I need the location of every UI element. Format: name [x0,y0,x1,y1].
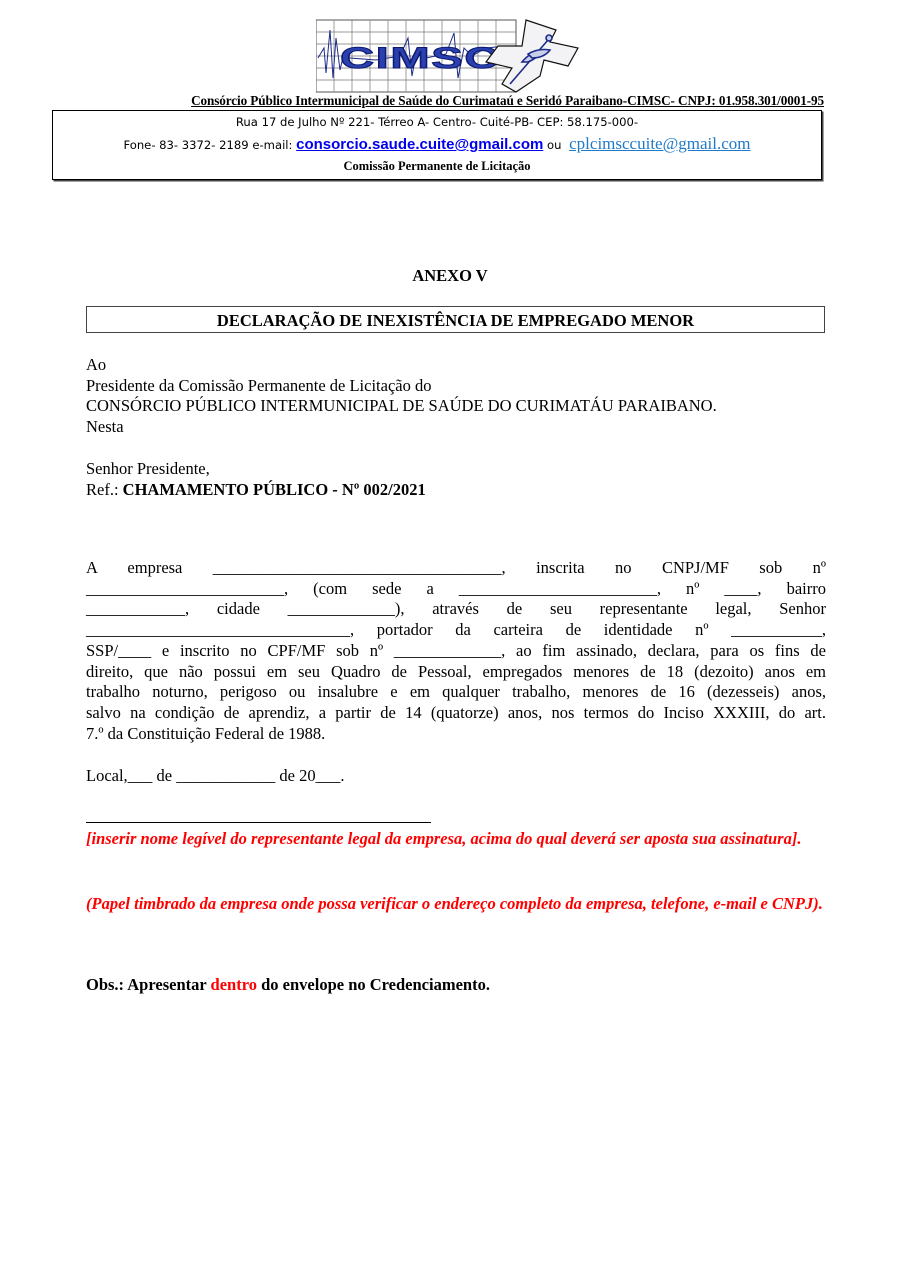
address-line: Rua 17 de Julho Nº 221- Térreo A- Centro… [53,115,821,129]
signature-line [86,822,431,823]
phone-email-line: Fone- 83- 3372- 2189 e-mail: consorcio.s… [53,134,821,154]
paragraph-line: SSP/____ e inscrito no CPF/MF sob nº ___… [86,641,826,662]
addressee-line: Nesta [86,417,826,438]
signature-instruction: [inserir nome legível do representante l… [86,829,826,850]
email-link-secondary[interactable]: cplcimsccuite@gmail.com [569,134,750,153]
phone-label: Fone- 83- 3372- 2189 e-mail: [123,138,296,152]
addressee-line: Presidente da Comissão Permanente de Lic… [86,376,826,397]
paragraph-line: ________________________, (com sede a __… [86,579,826,600]
annex-heading: ANEXO V [0,266,900,286]
organization-name-cnpj: Consórcio Público Intermunicipal de Saúd… [52,93,824,109]
addressee-line: CONSÓRCIO PÚBLICO INTERMUNICIPAL DE SAÚD… [86,396,826,417]
contact-info-box: Rua 17 de Julho Nº 221- Térreo A- Centro… [52,110,822,180]
reference-label: Ref.: [86,480,123,499]
committee-name: Comissão Permanente de Licitação [53,159,821,174]
salutation: Senhor Presidente, [86,459,826,480]
email-separator: ou [543,138,565,152]
paragraph-line: ____________, cidade _____________), atr… [86,599,826,620]
addressee-line: Ao [86,355,826,376]
cimsc-logo: CIMSC [316,18,598,94]
obs-prefix: Obs.: Apresentar [86,975,211,994]
addressee-block: Ao Presidente da Comissão Permanente de … [86,355,826,438]
email-link-primary[interactable]: consorcio.saude.cuite@gmail.com [296,136,543,153]
declaration-paragraph: A empresa ______________________________… [86,558,826,744]
letterhead-note: (Papel timbrado da empresa onde possa ve… [86,892,826,916]
paragraph-line: direito, que não possui em seu Quadro de… [86,662,826,683]
salutation-block: Senhor Presidente, Ref.: CHAMAMENTO PÚBL… [86,459,826,500]
paragraph-line: 7.º da Constituição Federal de 1988. [86,724,826,745]
observation-note: Obs.: Apresentar dentro do envelope no C… [86,975,826,996]
place-date-line: Local,___ de ____________ de 20___. [86,766,826,787]
paragraph-line: A empresa ______________________________… [86,558,826,579]
svg-text:CIMSC: CIMSC [340,42,500,75]
reference-line: Ref.: CHAMAMENTO PÚBLICO - Nº 002/2021 [86,480,826,501]
reference-value: CHAMAMENTO PÚBLICO - Nº 002/2021 [123,480,426,499]
paragraph-line: ________________________________, portad… [86,620,826,641]
paragraph-line: salvo na condição de aprendiz, a partir … [86,703,826,724]
document-title: DECLARAÇÃO DE INEXISTÊNCIA DE EMPREGADO … [86,306,825,333]
paragraph-line: trabalho noturno, perigoso ou insalubre … [86,682,826,703]
obs-highlight: dentro [211,975,257,994]
obs-suffix: do envelope no Credenciamento. [257,975,490,994]
